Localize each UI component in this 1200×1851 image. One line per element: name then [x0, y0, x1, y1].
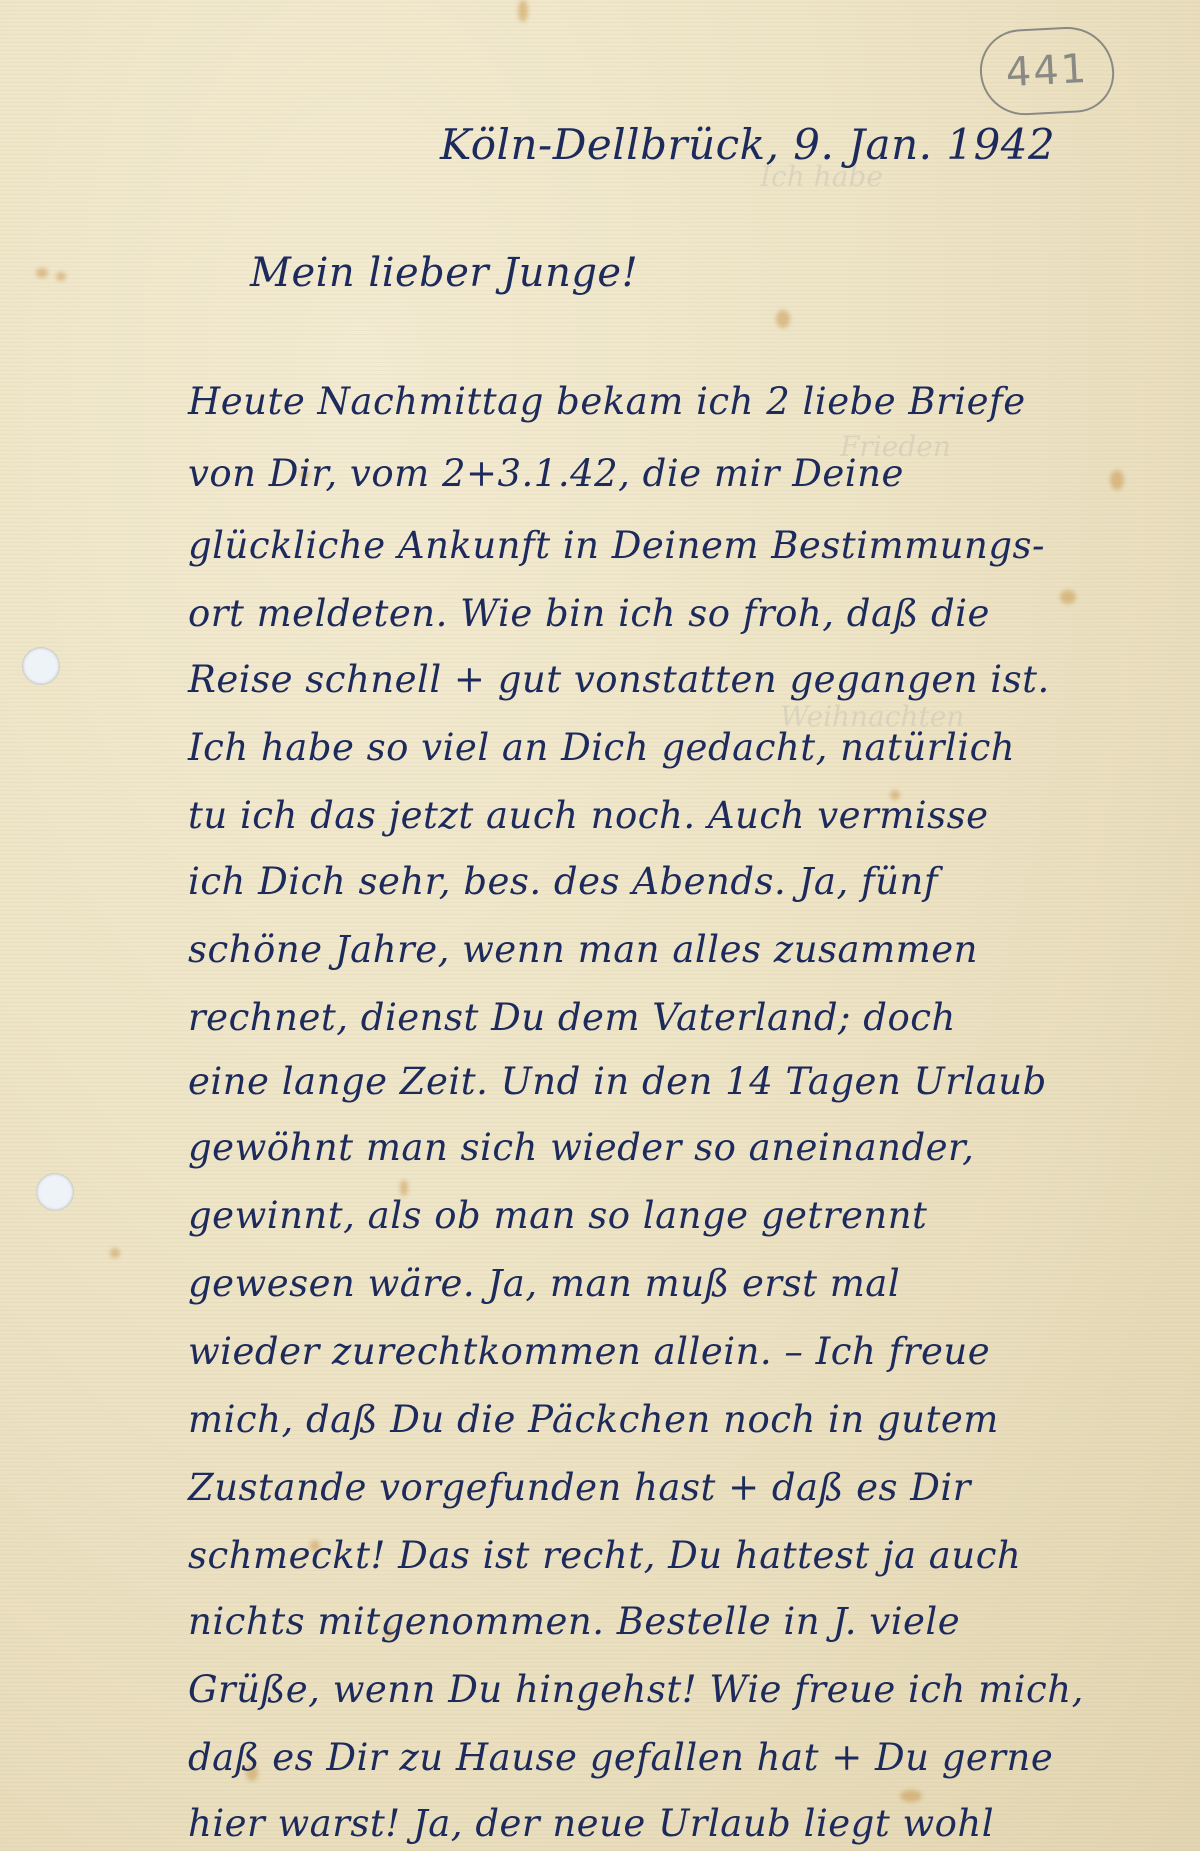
salutation: Mein lieber Junge! — [250, 250, 638, 296]
letter-line: ich Dich sehr, bes. des Abends. Ja, fünf — [188, 860, 938, 903]
foxing-stain — [110, 1248, 120, 1258]
foxing-stain — [1060, 590, 1076, 604]
letter-line: gewinnt, als ob man so lange getrennt — [188, 1194, 927, 1237]
foxing-stain — [518, 0, 528, 22]
letter-page: Ich habe Frieden Weihnachten 441 Köln-De… — [0, 0, 1200, 1851]
foxing-stain — [36, 268, 48, 278]
letter-line: daß es Dir zu Hause gefallen hat + Du ge… — [188, 1736, 1053, 1779]
letter-line: von Dir, vom 2+3.1.42, die mir Deine — [188, 452, 904, 495]
letter-line: schöne Jahre, wenn man alles zusammen — [188, 928, 978, 971]
letter-line: nichts mitgenommen. Bestelle in J. viele — [188, 1600, 960, 1643]
letter-line: hier warst! Ja, der neue Urlaub liegt wo… — [188, 1802, 994, 1845]
place-date: Köln-Dellbrück, 9. Jan. 1942 — [440, 120, 1055, 169]
letter-line: schmeckt! Das ist recht, Du hattest ja a… — [188, 1534, 1021, 1577]
letter-line: rechnet, dienst Du dem Vaterland; doch — [188, 996, 956, 1039]
foxing-stain — [776, 310, 790, 328]
letter-line: Ich habe so viel an Dich gedacht, natürl… — [188, 726, 1015, 769]
letter-line: gewöhnt man sich wieder so aneinander, — [188, 1126, 974, 1169]
letter-line: mich, daß Du die Päckchen noch in gutem — [188, 1398, 999, 1441]
archive-number: 441 — [978, 25, 1116, 118]
letter-line: Grüße, wenn Du hingehst! Wie freue ich m… — [188, 1668, 1084, 1711]
letter-line: ort meldeten. Wie bin ich so froh, daß d… — [188, 592, 990, 635]
letter-line: gewesen wäre. Ja, man muß erst mal — [188, 1262, 900, 1305]
letter-line: Reise schnell + gut vonstatten gegangen … — [188, 658, 1050, 701]
punch-hole-top — [22, 647, 60, 685]
letter-line: Heute Nachmittag bekam ich 2 liebe Brief… — [188, 380, 1026, 423]
letter-line: Zustande vorgefunden hast + daß es Dir — [188, 1466, 971, 1509]
letter-line: eine lange Zeit. Und in den 14 Tagen Url… — [188, 1060, 1047, 1103]
foxing-stain — [900, 1790, 922, 1802]
foxing-stain — [56, 272, 66, 281]
letter-line: wieder zurechtkommen allein. – Ich freue — [188, 1330, 990, 1373]
letter-line: tu ich das jetzt auch noch. Auch vermiss… — [188, 794, 988, 837]
foxing-stain — [1110, 470, 1124, 490]
punch-hole-bottom — [36, 1173, 74, 1211]
letter-line: glückliche Ankunft in Deinem Bestimmungs… — [188, 524, 1045, 567]
